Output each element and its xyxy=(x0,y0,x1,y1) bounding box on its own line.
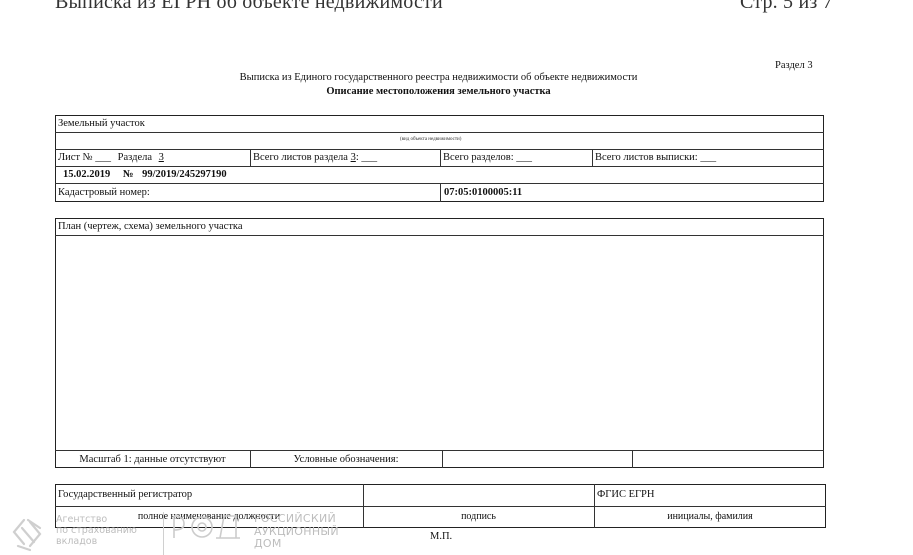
asv-text-line2: по страхованию xyxy=(56,525,137,536)
extract-subtitle: Описание местоположения земельного участ… xyxy=(0,86,895,97)
object-type: Земельный участок xyxy=(58,115,145,132)
cadastral-number: 07:05:0100005:11 xyxy=(444,184,522,201)
page-number: Стр. 5 из 7 xyxy=(740,0,833,12)
name-caption: инициалы, фамилия xyxy=(594,508,826,525)
legend-label: Условные обозначения: xyxy=(250,451,442,468)
total-sheets: Всего листов выписки: ___ xyxy=(595,149,716,166)
total-sheets-section-label: Всего листов раздела xyxy=(253,152,348,163)
total-sections: Всего разделов: ___ xyxy=(443,149,532,166)
total-sheets-section: Всего листов раздела 3: ___ xyxy=(253,149,377,166)
stamp-place: М.П. xyxy=(430,528,452,545)
section-value: 3 xyxy=(159,152,164,163)
plan-scale: Масштаб 1: данные отсутствуют xyxy=(55,451,250,468)
total-sections-value: ___ xyxy=(516,152,532,163)
number-sign: № xyxy=(123,169,134,180)
extract-number: 99/2019/245297190 xyxy=(142,169,227,180)
rad-text-line2: АУКЦИОННЫЙ ДОМ xyxy=(254,526,370,550)
cadastral-label: Кадастровый номер: xyxy=(58,184,150,201)
extract-date-number: 15.02.2019 № 99/2019/245297190 xyxy=(63,166,227,183)
asv-logo-icon xyxy=(10,516,50,552)
total-sheets-label: Всего листов выписки: xyxy=(595,152,698,163)
extract-title: Выписка из Единого государственного реес… xyxy=(0,72,895,83)
rad-logo-icon xyxy=(170,512,250,542)
sheet-number-value: ___ xyxy=(95,152,111,163)
section-label: Раздел 3 xyxy=(775,60,813,71)
asv-text-line1: Агентство xyxy=(56,514,107,525)
plan-drawing-area xyxy=(55,236,824,450)
watermark: Агентство по страхованию вкладов РОССИЙС… xyxy=(10,512,370,555)
sheet-number-label: Лист № xyxy=(58,152,93,163)
registrar-name: ФГИС ЕГРН xyxy=(597,486,654,503)
rad-text-line1: РОССИЙСКИЙ xyxy=(254,513,336,525)
sheet-number: Лист № ___ Раздела 3 xyxy=(58,149,164,166)
object-type-caption: (вид объекта недвижимости) xyxy=(400,136,461,144)
total-sections-label: Всего разделов: xyxy=(443,152,514,163)
watermark-divider xyxy=(163,512,164,555)
registrar-position: Государственный регистратор xyxy=(58,486,192,503)
total-sheets-value: ___ xyxy=(700,152,716,163)
extract-date: 15.02.2019 xyxy=(63,169,110,180)
total-sheets-section-blank: : ___ xyxy=(356,152,377,163)
signature-caption: подпись xyxy=(363,508,594,525)
asv-text-line3: вкладов xyxy=(56,536,97,547)
plan-title: План (чертеж, схема) земельного участка xyxy=(58,218,243,235)
document-title: Выписка из ЕГРН об объекте недвижимости xyxy=(55,0,443,12)
section-label: Раздела xyxy=(118,152,152,163)
